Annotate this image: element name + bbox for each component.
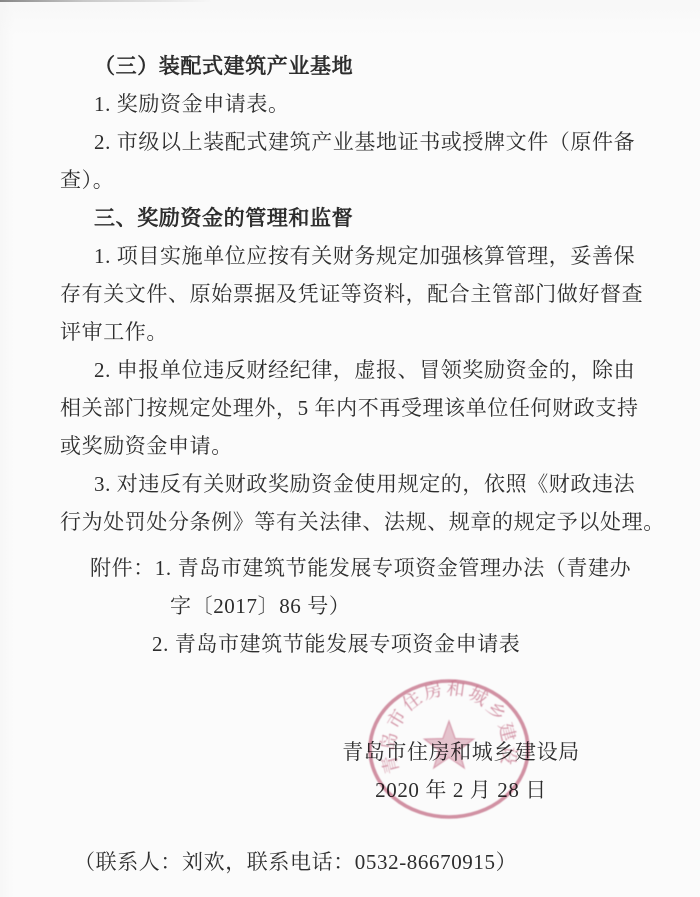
attachment-line: 2. 青岛市建筑节能发展专项资金申请表 — [60, 625, 631, 663]
attachments-list: 附件：1. 青岛市建筑节能发展专项资金管理办法（青建办 字〔2017〕86 号）… — [60, 549, 631, 663]
document-body: （三）装配式建筑产业基地 1. 奖励资金申请表。 2. 市级以上装配式建筑产业基… — [60, 47, 656, 541]
doc-line: 行为处罚处分条例》等有关法律、法规、规章的规定予以处理。 — [60, 503, 656, 541]
doc-line: 或奖励资金申请。 — [60, 427, 656, 465]
doc-line: 3. 对违反有关财政奖励资金使用规定的，依照《财政违法 — [60, 465, 656, 503]
document-page: （三）装配式建筑产业基地 1. 奖励资金申请表。 2. 市级以上装配式建筑产业基… — [0, 0, 700, 897]
doc-line: 2. 市级以上装配式建筑产业基地证书或授牌文件（原件备 — [60, 123, 656, 161]
doc-line: 1. 项目实施单位应按有关财务规定加强核算管理，妥善保 — [60, 237, 656, 275]
doc-line: 存有关文件、原始票据及凭证等资料，配合主管部门做好督查 — [60, 275, 656, 313]
doc-line: 评审工作。 — [60, 313, 656, 351]
doc-line: 查）。 — [60, 161, 656, 199]
official-seal: 青岛市住房和城乡建设局 — [364, 676, 534, 824]
contact-info: （联系人：刘欢，联系电话：0532-86670915） — [74, 843, 517, 881]
doc-line: 相关部门按规定处理外，5 年内不再受理该单位任何财政支持 — [60, 389, 656, 427]
section-heading-3: （三）装配式建筑产业基地 — [60, 47, 656, 85]
section-heading-management: 三、奖励资金的管理和监督 — [60, 199, 656, 237]
attachment-line: 字〔2017〕86 号） — [60, 587, 631, 625]
doc-line: 1. 奖励资金申请表。 — [60, 85, 656, 123]
attachment-line: 附件：1. 青岛市建筑节能发展专项资金管理办法（青建办 — [60, 549, 631, 587]
scan-artifact-line — [0, 0, 212, 2]
star-icon — [424, 721, 473, 768]
contact-line: （联系人：刘欢，联系电话：0532-86670915） — [74, 843, 517, 881]
doc-line: 2. 申报单位违反财经纪律，虚报、冒领奖励资金的，除由 — [60, 351, 656, 389]
